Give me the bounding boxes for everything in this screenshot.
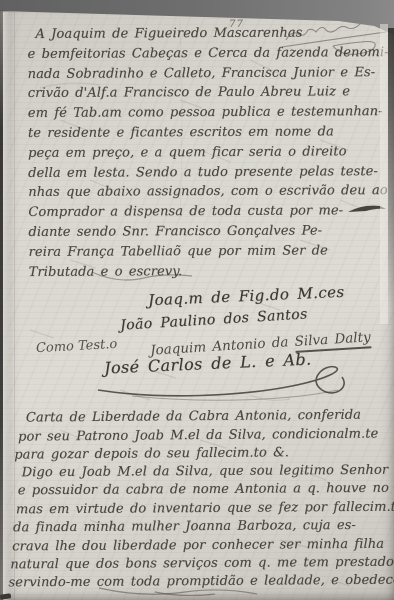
manuscript-line: diante sendo Snr. Francisco Gonçalves Pe… (28, 221, 384, 243)
page-left-edge-highlight (3, 12, 11, 600)
manuscript-line: por seu Patrono Joab M.el da Silva, cond… (18, 425, 386, 447)
manuscript-line: e possuidor da cabra de nome Antonia a q… (18, 480, 390, 501)
signature-joao-paulino: João Paulino dos Santos (120, 306, 308, 333)
manuscript-line: servindo-me com toda promptidão e lealda… (8, 572, 390, 593)
manuscript-line: da finada minha mulher Joanna Barboza, c… (13, 517, 390, 538)
paper: 77 A Joaquim de Figueiredo Mascarenhas e… (0, 0, 394, 600)
signature-joaquim: Joaq.m de Fig.do M.ces (148, 283, 345, 310)
manuscript-line: reira França Tabelliaõ que por mim Ser d… (28, 241, 384, 263)
manuscript-line: nada Sobradinho e Calleto, Francisca Jun… (28, 63, 384, 85)
manuscript-line: della em lesta. Sendo a tudo presente pe… (28, 162, 384, 184)
manuscript-scan: 77 A Joaquim de Figueiredo Mascarenhas e… (0, 0, 394, 600)
body-paragraph: A Joaquim de Figueiredo Mascarenhas e be… (27, 23, 384, 282)
manuscript-line: te residente e ficantes escritos em nome… (28, 122, 384, 144)
declaration-paragraph: Digo eu Joab M.el da Silva, que sou legi… (10, 462, 391, 593)
binding-left-edge (0, 10, 3, 600)
liberty-title-paragraph: Carta de Liberdade da Cabra Antonia, con… (14, 406, 386, 465)
manuscript-line: Comprador a dispensa de toda custa por m… (28, 201, 384, 223)
page-right-edge-highlight (380, 24, 388, 324)
witness-label: Como Test.o (36, 337, 118, 356)
manuscript-line: nhas que abaixo assignados, com o escriv… (28, 181, 384, 203)
manuscript-line: e bemfeitorias Cabeças e Cerca da fazend… (27, 43, 383, 65)
manuscript-line: A Joaquim de Figueiredo Mascarenhas (35, 23, 383, 45)
manuscript-line: Tributada e o escrevy. (29, 261, 385, 283)
manuscript-line: crivão d'Alf.a Francisco de Paulo Abreu … (28, 82, 384, 104)
left-crease-line (14, 12, 15, 600)
page-right-edge-shadow (388, 28, 394, 308)
manuscript-line: peça em preço, e a quem ficar seria o di… (28, 142, 384, 164)
manuscript-line: em fé Tab.am como pessoa publica e teste… (28, 102, 384, 124)
